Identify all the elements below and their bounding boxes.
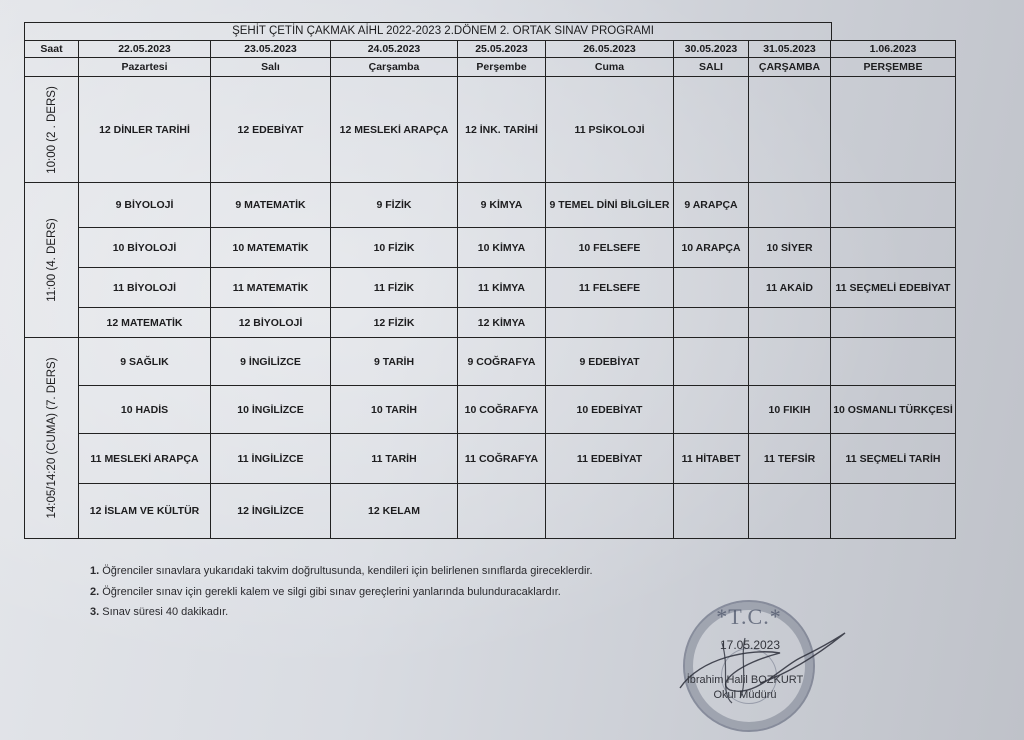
time-slot-label: 10:00 (2 . DERS) xyxy=(46,86,58,174)
exam-cell: 11 SEÇMELİ EDEBİYAT xyxy=(831,268,956,308)
exam-cell: 10 ARAPÇA xyxy=(674,228,749,268)
day-header: Salı xyxy=(211,58,331,77)
empty-cell xyxy=(831,183,956,228)
date-header: 1.06.2023 xyxy=(831,41,956,58)
exam-cell: 11 KİMYA xyxy=(458,268,546,308)
exam-cell: 10 HADİS xyxy=(79,386,211,434)
exam-cell: 11 TARİH xyxy=(331,434,458,484)
exam-cell: 11 FİZİK xyxy=(331,268,458,308)
exam-cell: 10 OSMANLI TÜRKÇESİ xyxy=(831,386,956,434)
day-header: PERŞEMBE xyxy=(831,58,956,77)
exam-cell: 10 COĞRAFYA xyxy=(458,386,546,434)
day-row: PazartesiSalıÇarşambaPerşembeCumaSALIÇAR… xyxy=(25,58,956,77)
exam-cell: 9 FİZİK xyxy=(331,183,458,228)
day-header: Perşembe xyxy=(458,58,546,77)
exam-cell: 12 DİNLER TARİHİ xyxy=(79,77,211,183)
empty-cell xyxy=(674,386,749,434)
exam-cell: 11 HİTABET xyxy=(674,434,749,484)
exam-cell: 12 FİZİK xyxy=(331,308,458,338)
exam-cell: 11 AKAİD xyxy=(749,268,831,308)
time-slot-cell: 10:00 (2 . DERS) xyxy=(25,77,79,183)
day-header: Çarşamba xyxy=(331,58,458,77)
empty-cell xyxy=(674,308,749,338)
empty-cell xyxy=(831,228,956,268)
empty-cell xyxy=(831,338,956,386)
exam-cell: 11 MATEMATİK xyxy=(211,268,331,308)
exam-cell: 12 İSLAM VE KÜLTÜR xyxy=(79,484,211,539)
day-header: Cuma xyxy=(546,58,674,77)
exam-cell: 12 MATEMATİK xyxy=(79,308,211,338)
principal-role: Okul Müdürü xyxy=(670,689,820,701)
date-header: 24.05.2023 xyxy=(331,41,458,58)
exam-cell: 12 EDEBİYAT xyxy=(211,77,331,183)
document-title: ŞEHİT ÇETİN ÇAKMAK AİHL 2022-2023 2.DÖNE… xyxy=(24,22,832,40)
day-header: ÇARŞAMBA xyxy=(749,58,831,77)
day-header: SALI xyxy=(674,58,749,77)
exam-cell: 11 PSİKOLOJİ xyxy=(546,77,674,183)
time-slot-cell: 11:00 (4. DERS) xyxy=(25,183,79,338)
note-text: Sınav süresi 40 dakikadır. xyxy=(99,606,228,618)
empty-cell xyxy=(749,338,831,386)
signature-date: 17.05.2023 xyxy=(700,638,800,652)
exam-cell: 10 İNGİLİZCE xyxy=(211,386,331,434)
time-slot-label: 14:05/14:20 (CUMA) (7. DERS) xyxy=(46,357,58,518)
date-header: 23.05.2023 xyxy=(211,41,331,58)
empty-cell xyxy=(749,77,831,183)
date-header: 26.05.2023 xyxy=(546,41,674,58)
stamp-text: *T.C.* xyxy=(685,604,813,630)
empty-cell xyxy=(749,484,831,539)
exam-cell: 12 İNGİLİZCE xyxy=(211,484,331,539)
empty-cell xyxy=(546,308,674,338)
exam-cell: 12 KELAM xyxy=(331,484,458,539)
schedule-row: 10:00 (2 . DERS)12 DİNLER TARİHİ12 EDEBİ… xyxy=(25,77,956,183)
exam-cell: 11 TEFSİR xyxy=(749,434,831,484)
exam-cell: 10 MATEMATİK xyxy=(211,228,331,268)
empty-cell xyxy=(749,308,831,338)
schedule-row: 14:05/14:20 (CUMA) (7. DERS)9 SAĞLIK9 İN… xyxy=(25,338,956,386)
schedule-row: 11 BİYOLOJİ11 MATEMATİK11 FİZİK11 KİMYA1… xyxy=(25,268,956,308)
empty-cell xyxy=(546,484,674,539)
exam-cell: 12 KİMYA xyxy=(458,308,546,338)
exam-cell: 11 İNGİLİZCE xyxy=(211,434,331,484)
exam-cell: 10 FIKIH xyxy=(749,386,831,434)
date-header: 25.05.2023 xyxy=(458,41,546,58)
note-item: 1. Öğrenciler sınavlara yukarıdaki takvi… xyxy=(90,561,593,582)
note-number: 3. xyxy=(90,606,99,618)
note-item: 2. Öğrenciler sınav için gerekli kalem v… xyxy=(90,582,593,603)
note-text: Öğrenciler sınavlara yukarıdaki takvim d… xyxy=(99,565,592,577)
empty-cell xyxy=(831,484,956,539)
note-text: Öğrenciler sınav için gerekli kalem ve s… xyxy=(99,586,561,598)
empty-cell xyxy=(674,338,749,386)
exam-cell: 11 BİYOLOJİ xyxy=(79,268,211,308)
time-slot-label: 11:00 (4. DERS) xyxy=(46,218,58,302)
exam-cell: 10 KİMYA xyxy=(458,228,546,268)
empty-cell xyxy=(674,268,749,308)
exam-cell: 10 BİYOLOJİ xyxy=(79,228,211,268)
empty-cell xyxy=(831,77,956,183)
notes-list: 1. Öğrenciler sınavlara yukarıdaki takvi… xyxy=(90,561,593,623)
empty-cell xyxy=(674,484,749,539)
empty-cell xyxy=(831,308,956,338)
day-header: Pazartesi xyxy=(79,58,211,77)
exam-cell: 9 BİYOLOJİ xyxy=(79,183,211,228)
exam-cell: 9 TEMEL DİNİ BİLGİLER xyxy=(546,183,674,228)
exam-cell: 9 KİMYA xyxy=(458,183,546,228)
schedule-row: 12 MATEMATİK12 BİYOLOJİ12 FİZİK12 KİMYA xyxy=(25,308,956,338)
exam-cell: 10 SİYER xyxy=(749,228,831,268)
exam-cell: 11 SEÇMELİ TARİH xyxy=(831,434,956,484)
date-row: Saat 22.05.202323.05.202324.05.202325.05… xyxy=(25,41,956,58)
empty-header-cell xyxy=(25,58,79,77)
exam-cell: 12 MESLEKİ ARAPÇA xyxy=(331,77,458,183)
exam-cell: 9 MATEMATİK xyxy=(211,183,331,228)
exam-cell: 9 ARAPÇA xyxy=(674,183,749,228)
date-header: 30.05.2023 xyxy=(674,41,749,58)
schedule-row: 10 BİYOLOJİ10 MATEMATİK10 FİZİK10 KİMYA1… xyxy=(25,228,956,268)
exam-cell: 9 EDEBİYAT xyxy=(546,338,674,386)
principal-name: İbrahim Halil BOZKURT xyxy=(670,674,820,686)
empty-cell xyxy=(749,183,831,228)
exam-schedule-table: Saat 22.05.202323.05.202324.05.202325.05… xyxy=(24,40,956,539)
date-header: 31.05.2023 xyxy=(749,41,831,58)
note-number: 2. xyxy=(90,586,99,598)
schedule-row: 11:00 (4. DERS)9 BİYOLOJİ9 MATEMATİK9 Fİ… xyxy=(25,183,956,228)
saat-header: Saat xyxy=(25,41,79,58)
empty-cell xyxy=(674,77,749,183)
note-item: 3. Sınav süresi 40 dakikadır. xyxy=(90,602,593,623)
exam-cell: 10 EDEBİYAT xyxy=(546,386,674,434)
exam-cell: 11 FELSEFE xyxy=(546,268,674,308)
exam-cell: 9 İNGİLİZCE xyxy=(211,338,331,386)
exam-cell: 11 EDEBİYAT xyxy=(546,434,674,484)
exam-cell: 12 BİYOLOJİ xyxy=(211,308,331,338)
exam-cell: 10 TARİH xyxy=(331,386,458,434)
date-header: 22.05.2023 xyxy=(79,41,211,58)
exam-cell: 11 COĞRAFYA xyxy=(458,434,546,484)
exam-cell: 9 COĞRAFYA xyxy=(458,338,546,386)
exam-cell: 9 TARİH xyxy=(331,338,458,386)
exam-cell: 11 MESLEKİ ARAPÇA xyxy=(79,434,211,484)
note-number: 1. xyxy=(90,565,99,577)
time-slot-cell: 14:05/14:20 (CUMA) (7. DERS) xyxy=(25,338,79,539)
exam-cell: 12 İNK. TARİHİ xyxy=(458,77,546,183)
exam-cell: 10 FELSEFE xyxy=(546,228,674,268)
schedule-row: 12 İSLAM VE KÜLTÜR12 İNGİLİZCE12 KELAM xyxy=(25,484,956,539)
empty-cell xyxy=(458,484,546,539)
schedule-row: 11 MESLEKİ ARAPÇA11 İNGİLİZCE11 TARİH11 … xyxy=(25,434,956,484)
exam-cell: 10 FİZİK xyxy=(331,228,458,268)
exam-cell: 9 SAĞLIK xyxy=(79,338,211,386)
schedule-row: 10 HADİS10 İNGİLİZCE10 TARİH10 COĞRAFYA1… xyxy=(25,386,956,434)
